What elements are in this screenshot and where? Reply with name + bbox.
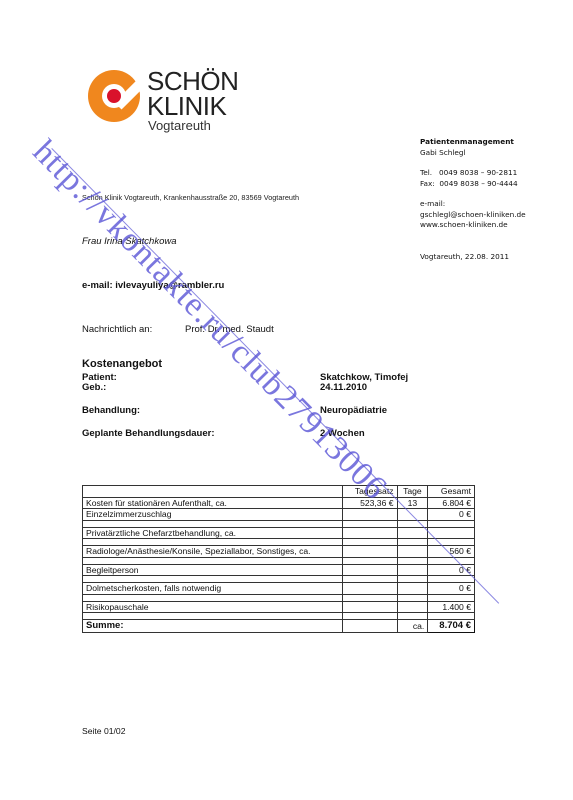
table-header: Tagessatz — [342, 486, 397, 498]
field-label-duration: Geplante Behandlungsdauer: — [82, 428, 215, 439]
cost-days: 13 — [397, 497, 428, 509]
cost-days — [397, 601, 428, 613]
contact-website[interactable]: www.schoen-kliniken.de — [420, 220, 526, 231]
cost-total — [428, 527, 475, 539]
logo-text-line2: KLINIK — [147, 93, 226, 119]
table-spacer-row — [83, 594, 475, 601]
table-row: Dolmetscherkosten, falls notwendig 0 € — [83, 583, 475, 595]
cost-item: Dolmetscherkosten, falls notwendig — [83, 583, 343, 595]
table-row: Privatärztliche Chefarztbehandlung, ca. — [83, 527, 475, 539]
cost-rate: 523,36 € — [342, 497, 397, 509]
field-value-treatment: Neuropädiatrie — [320, 405, 387, 416]
table-row: Begleitperson 0 € — [83, 564, 475, 576]
recipient-email: e-mail: ivlevayuliya@rambler.ru — [82, 280, 224, 291]
cost-total: 0 € — [428, 509, 475, 521]
cost-item: Kosten für stationären Aufenthalt, ca. — [83, 497, 343, 509]
field-value-duration: 2 Wochen — [320, 428, 365, 439]
cost-days — [397, 546, 428, 558]
contact-tel: Tel. 0049 8038 – 90-2811 — [420, 168, 526, 179]
table-header — [83, 486, 343, 498]
letter-date: Vogtareuth, 22.08. 2011 — [420, 252, 509, 261]
cost-total: 6.804 € — [428, 497, 475, 509]
table-spacer-row — [83, 613, 475, 620]
table-spacer-row — [83, 539, 475, 546]
sum-total: 8.704 € — [428, 620, 475, 633]
offer-title: Kostenangebot — [82, 358, 162, 370]
table-row: Kosten für stationären Aufenthalt, ca. 5… — [83, 497, 475, 509]
sum-approx: ca. — [397, 620, 428, 633]
cost-rate — [342, 546, 397, 558]
contact-department: Patientenmanagement — [420, 137, 526, 148]
logo-location: Vogtareuth — [148, 118, 211, 133]
table-row: Radiologe/Anästhesie/Konsile, Speziallab… — [83, 546, 475, 558]
table-spacer-row — [83, 576, 475, 583]
cost-total: 0 € — [428, 583, 475, 595]
field-value-birthdate: 24.11.2010 — [320, 382, 367, 393]
field-label-treatment: Behandlung: — [82, 405, 140, 416]
table-spacer-row — [83, 557, 475, 564]
cost-total: 1.400 € — [428, 601, 475, 613]
table-spacer-row — [83, 520, 475, 527]
table-row: Risikopauschale 1.400 € — [83, 601, 475, 613]
table-row: Einzelzimmerzuschlag 0 € — [83, 509, 475, 521]
table-sum-row: Summe: ca. 8.704 € — [83, 620, 475, 633]
cost-days — [397, 509, 428, 521]
contact-fax: Fax: 0049 8038 – 90-4444 — [420, 179, 526, 190]
contact-email-label: e-mail: — [420, 199, 526, 210]
field-label-birthdate: Geb.: — [82, 382, 106, 393]
cost-item: Begleitperson — [83, 564, 343, 576]
cost-rate — [342, 509, 397, 521]
cost-rate — [342, 583, 397, 595]
cc-value: Prof. Dr. med. Staudt — [185, 324, 274, 335]
page-number: Seite 01/02 — [82, 726, 125, 736]
table-header: Gesamt — [428, 486, 475, 498]
contact-name: Gabi Schlegl — [420, 148, 526, 159]
cost-item: Privatärztliche Chefarztbehandlung, ca. — [83, 527, 343, 539]
cost-days — [397, 583, 428, 595]
table-header-row: Tagessatz Tage Gesamt — [83, 486, 475, 498]
table-header: Tage — [397, 486, 428, 498]
clinic-logo-icon — [88, 70, 140, 122]
sender-address: Schön Klinik Vogtareuth, Krankenhausstra… — [82, 193, 299, 202]
watermark-text: http://vkontakte.ru/club27913006 — [25, 133, 394, 508]
cost-rate — [342, 527, 397, 539]
cost-total: 0 € — [428, 564, 475, 576]
cost-rate — [342, 601, 397, 613]
cost-item: Risikopauschale — [83, 601, 343, 613]
contact-block: Patientenmanagement Gabi Schlegl Tel. 00… — [420, 137, 526, 231]
cost-days — [397, 564, 428, 576]
contact-email[interactable]: gschlegl@schoen-kliniken.de — [420, 210, 526, 221]
cc-label: Nachrichtlich an: — [82, 324, 152, 335]
cost-days — [397, 527, 428, 539]
recipient-name: Frau Irina Skatchkowa — [82, 236, 177, 247]
sum-label: Summe: — [83, 620, 343, 633]
cost-table: Tagessatz Tage Gesamt Kosten für station… — [82, 485, 475, 633]
cost-item: Radiologe/Anästhesie/Konsile, Speziallab… — [83, 546, 343, 558]
cost-rate — [342, 564, 397, 576]
cost-total: 560 € — [428, 546, 475, 558]
cost-item: Einzelzimmerzuschlag — [83, 509, 343, 521]
